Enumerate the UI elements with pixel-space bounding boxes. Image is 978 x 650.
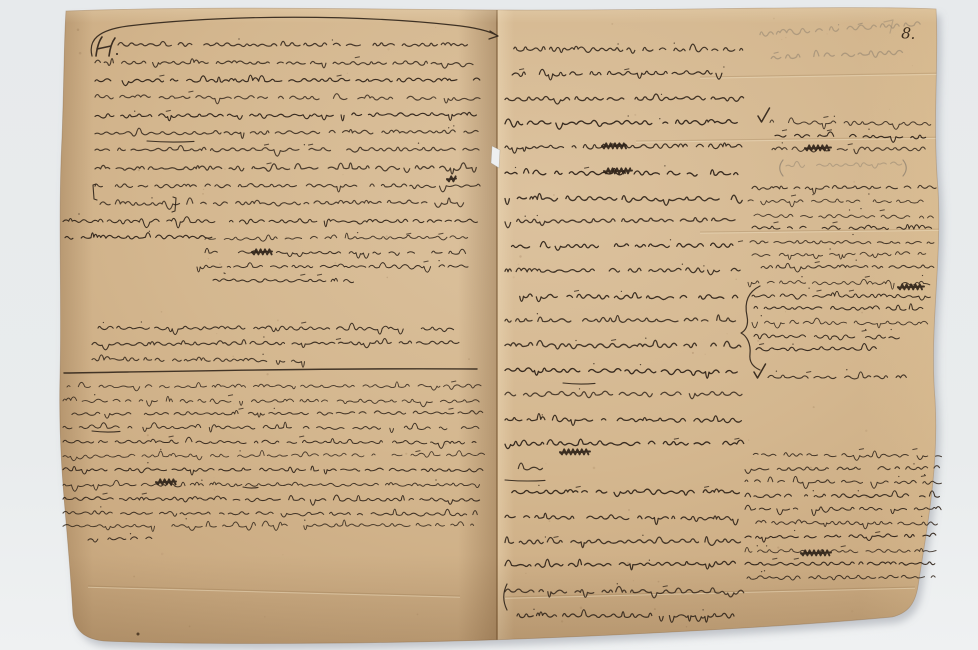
page-number: 8. — [901, 24, 917, 43]
scanned-manuscript-page: 8. — [0, 0, 978, 650]
initial-period — [116, 53, 118, 55]
manuscript-sheet-svg: 8. — [0, 0, 978, 650]
fold-crease — [496, 0, 498, 650]
